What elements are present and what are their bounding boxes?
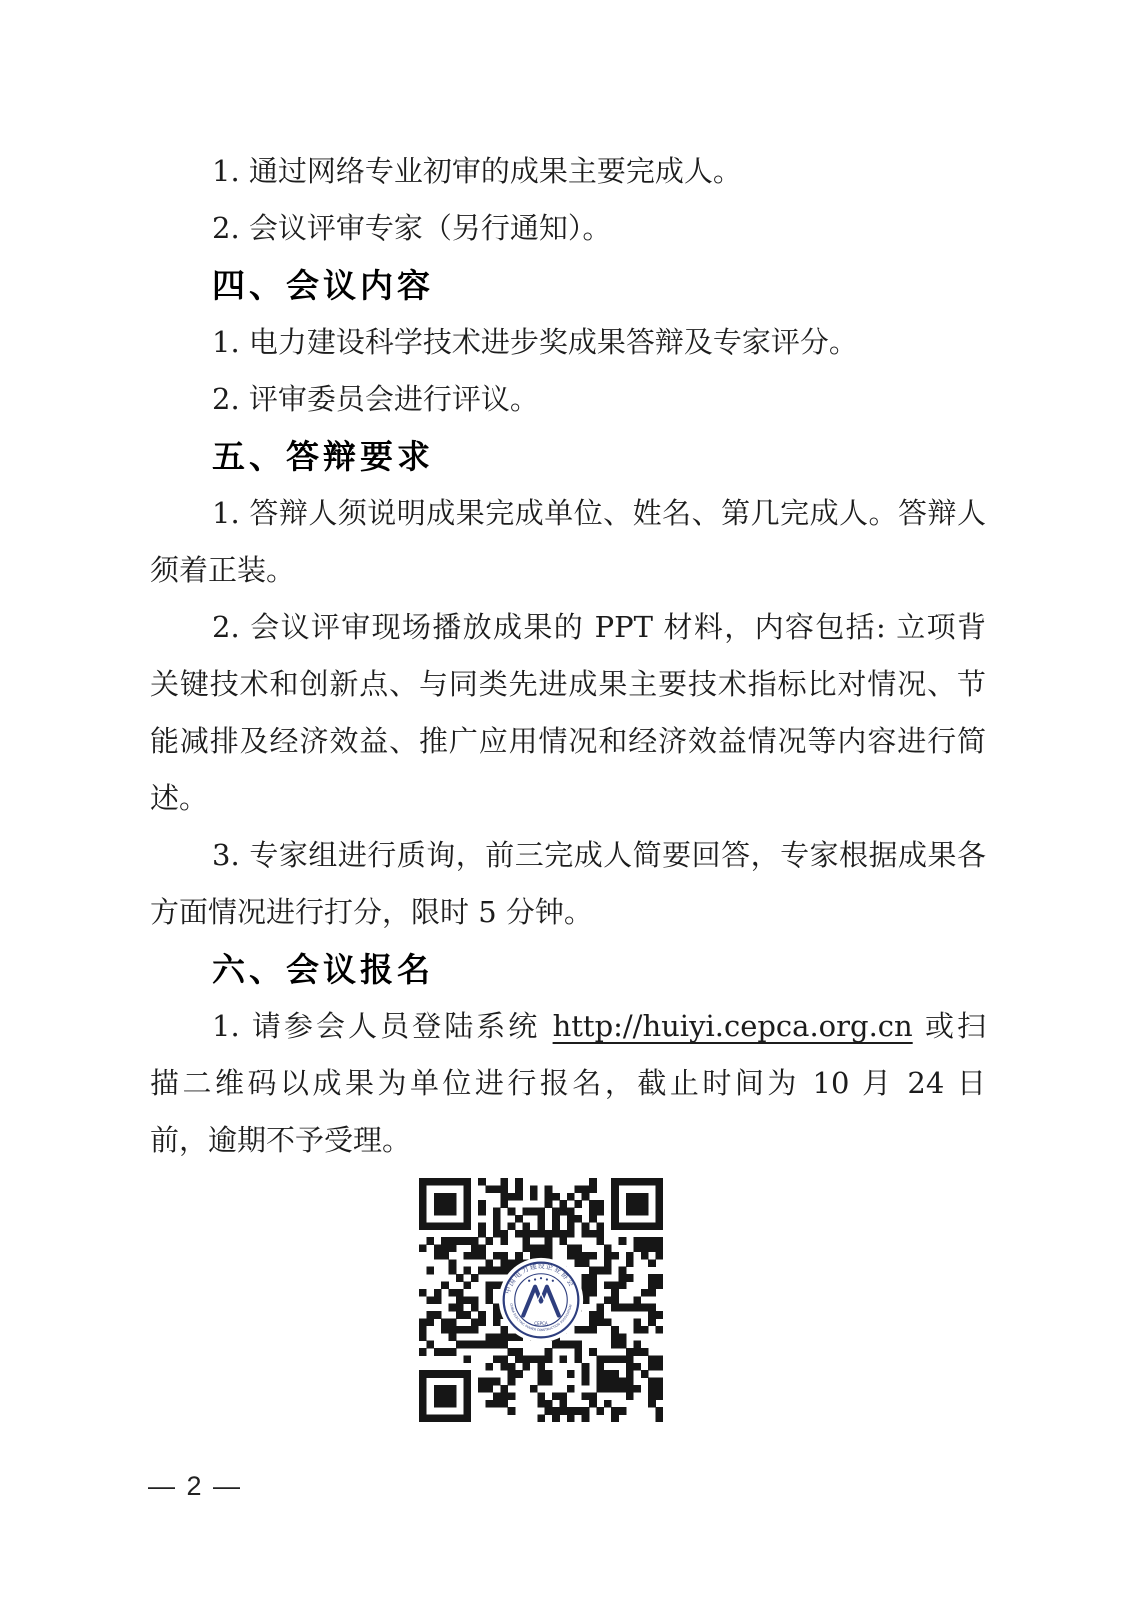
para-init-review-winners: 1. 通过网络专业初审的成果主要完成人。 (150, 143, 986, 200)
para-defense-rule2-line1: 2. 会议评审现场播放成果的 PPT 材料，内容包括: 立项背景、 (150, 599, 986, 656)
svg-text:CEPCA: CEPCA (534, 1321, 548, 1326)
para-committee-review: 2. 评审委员会进行评议。 (150, 371, 986, 428)
para-defense-rule2-line2: 关键技术和创新点、与同类先进成果主要技术指标比对情况、节 (150, 656, 986, 713)
para-defense-rule3-line1: 3. 专家组进行质询，前三完成人简要回答，专家根据成果各 (150, 827, 986, 884)
section-heading-registration: 六、会议报名 (150, 941, 986, 998)
para-defense-rule1-line2: 须着正装。 (150, 542, 986, 599)
para-registration-line1: 1. 请参会人员登陆系统 http://huiyi.cepca.org.cn 或… (150, 998, 986, 1055)
para-defense-rule3-line2: 方面情况进行打分，限时 5 分钟。 (150, 884, 986, 941)
page-number: — 2 — (148, 1470, 242, 1502)
para-registration-line2: 描二维码以成果为单位进行报名，截止时间为 10 月 24 日 24:00 (150, 1055, 986, 1112)
registration-text-suffix: 或扫 (913, 1009, 986, 1043)
registration-qr-code: 中国电力建设企业协会CHINA ELECTRIC POWER CONSTRUCT… (419, 1178, 663, 1422)
para-defense-rule2-line3: 能减排及经济效益、推广应用情况和经济效益情况等内容进行简 (150, 713, 986, 770)
section-heading-meeting-content: 四、会议内容 (150, 257, 986, 314)
para-registration-line3: 前，逾期不予受理。 (150, 1112, 986, 1169)
registration-url-link[interactable]: http://huiyi.cepca.org.cn (553, 1009, 913, 1043)
section-heading-defense-requirements: 五、答辩要求 (150, 428, 986, 485)
para-defense-rule2-line4: 述。 (150, 770, 986, 827)
para-review-experts: 2. 会议评审专家（另行通知）。 (150, 200, 986, 257)
document-page: 1. 通过网络专业初审的成果主要完成人。 2. 会议评审专家（另行通知）。 四、… (0, 0, 1131, 1600)
qr-code-image: 中国电力建设企业协会CHINA ELECTRIC POWER CONSTRUCT… (419, 1178, 663, 1422)
para-defense-rule1-line1: 1. 答辩人须说明成果完成单位、姓名、第几完成人。答辩人 (150, 485, 986, 542)
para-award-defense: 1. 电力建设科学技术进步奖成果答辩及专家评分。 (150, 314, 986, 371)
document-body: 1. 通过网络专业初审的成果主要完成人。 2. 会议评审专家（另行通知）。 四、… (150, 143, 986, 1169)
registration-text-prefix: 1. 请参会人员登陆系统 (212, 1009, 553, 1043)
